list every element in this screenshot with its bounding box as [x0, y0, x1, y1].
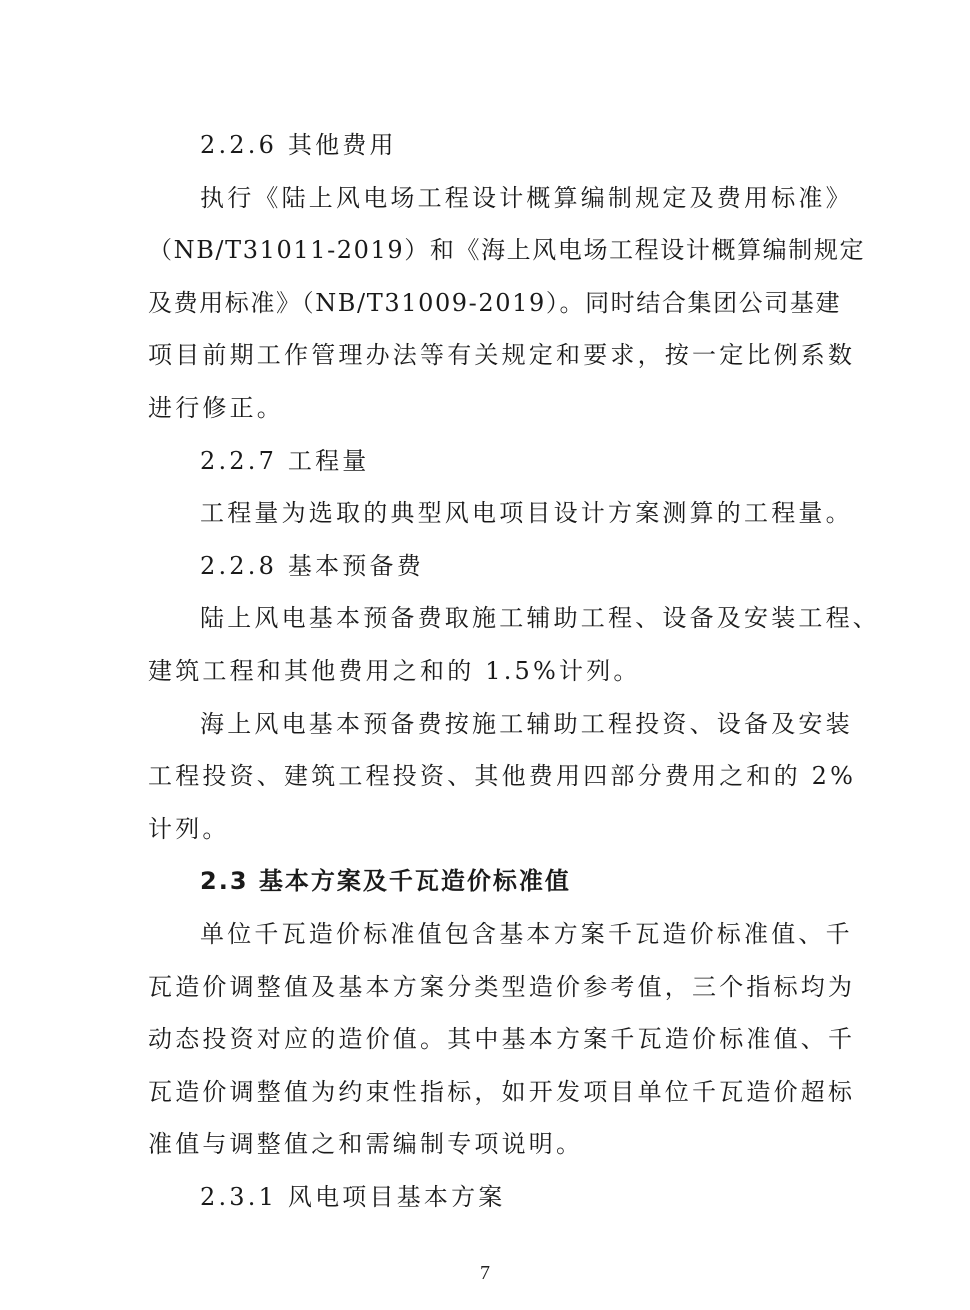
subsection-heading-2-2-6: 2.2.6 其他费用 — [200, 130, 880, 160]
paragraph-line: 工程量为选取的典型风电项目设计方案测算的工程量。 — [200, 498, 880, 528]
section-heading-2-3: 2.3 基本方案及千瓦造价标准值 — [200, 866, 880, 896]
paragraph-line: 工程投资、建筑工程投资、其他费用四部分费用之和的 2% — [148, 761, 828, 791]
paragraph-line: 及费用标准》（NB/T31009-2019）。同时结合集团公司基建 — [148, 288, 828, 318]
document-page: 2.2.6 其他费用 执行《陆上风电场工程设计概算编制规定及费用标准》 （NB/… — [0, 0, 970, 1310]
subsection-heading-2-2-8: 2.2.8 基本预备费 — [200, 551, 880, 581]
paragraph-line: 进行修正。 — [148, 393, 828, 423]
paragraph-line: 瓦造价调整值及基本方案分类型造价参考值，三个指标均为 — [148, 972, 828, 1002]
paragraph-line: 瓦造价调整值为约束性指标，如开发项目单位千瓦造价超标 — [148, 1077, 828, 1107]
paragraph-line: 准值与调整值之和需编制专项说明。 — [148, 1129, 828, 1159]
paragraph-line: 陆上风电基本预备费取施工辅助工程、设备及安装工程、 — [200, 603, 880, 633]
subsection-heading-2-3-1: 2.3.1 风电项目基本方案 — [200, 1182, 880, 1212]
paragraph-line: 海上风电基本预备费按施工辅助工程投资、设备及安装 — [200, 709, 880, 739]
paragraph-line: 动态投资对应的造价值。其中基本方案千瓦造价标准值、千 — [148, 1024, 828, 1054]
page-number: 7 — [0, 1262, 970, 1285]
subsection-heading-2-2-7: 2.2.7 工程量 — [200, 446, 880, 476]
paragraph-line: 建筑工程和其他费用之和的 1.5%计列。 — [148, 656, 828, 686]
paragraph-line: 计列。 — [148, 814, 828, 844]
paragraph-line: 单位千瓦造价标准值包含基本方案千瓦造价标准值、千 — [200, 919, 880, 949]
paragraph-line: 执行《陆上风电场工程设计概算编制规定及费用标准》 — [200, 183, 880, 213]
paragraph-line: 项目前期工作管理办法等有关规定和要求，按一定比例系数 — [148, 340, 828, 370]
paragraph-line: （NB/T31011-2019）和《海上风电场工程设计概算编制规定 — [148, 235, 828, 265]
